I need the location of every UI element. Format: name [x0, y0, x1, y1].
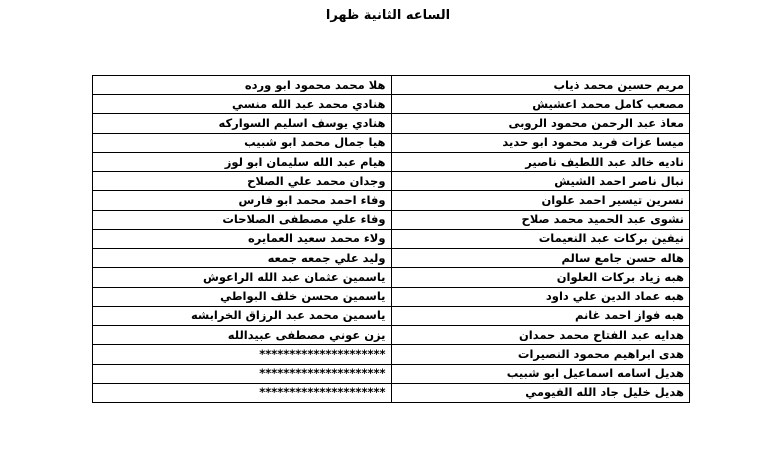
name-cell: ناديه خالد عبد اللطيف ناصير [391, 152, 690, 171]
table-row: مريم حسين محمد ذيابهلا محمد محمود ابو ور… [93, 76, 690, 95]
name-cell: هنادي محمد عبد الله منسي [93, 95, 392, 114]
name-cell: وليد علي جمعه جمعه [93, 249, 392, 268]
name-cell: ياسمين محسن خلف البواطي [93, 287, 392, 306]
name-cell: هاله حسن جامع سالم [391, 249, 690, 268]
name-cell: نشوى عبد الحميد محمد صلاح [391, 210, 690, 229]
table-row: هاله حسن جامع سالموليد علي جمعه جمعه [93, 249, 690, 268]
name-cell: وفاء علي مصطفى الصلاحات [93, 210, 392, 229]
names-table-body: مريم حسين محمد ذيابهلا محمد محمود ابو ور… [93, 76, 690, 403]
name-cell: هدى ابراهيم محمود النصيرات [391, 345, 690, 364]
name-cell: هلا محمد محمود ابو ورده [93, 76, 392, 95]
name-cell: ياسمين محمد عبد الرزاق الخرابشه [93, 306, 392, 325]
table-row: هدايه عبد الفتاح محمد حمدانيزن عوني مصطف… [93, 326, 690, 345]
table-row: نيفين بركات عبد النعيماتولاء محمد سعيد ا… [93, 229, 690, 248]
name-cell: هديل خليل جاد الله الفيومي [391, 383, 690, 402]
table-row: هبه زياد بركات العلوانياسمين عثمان عبد ا… [93, 268, 690, 287]
table-row: ناديه خالد عبد اللطيف ناصيرهيام عبد الله… [93, 152, 690, 171]
table-row: ميسا عزات فريد محمود ابو حديدهيا جمال مح… [93, 133, 690, 152]
name-cell: هيا جمال محمد ابو شبيب [93, 133, 392, 152]
names-table: مريم حسين محمد ذيابهلا محمد محمود ابو ور… [92, 75, 690, 403]
name-cell: ميسا عزات فريد محمود ابو حديد [391, 133, 690, 152]
table-row: معاذ عبد الرحمن محمود الروبىهنادي يوسف ا… [93, 114, 690, 133]
name-cell: وفاء احمد محمد ابو فارس [93, 191, 392, 210]
table-row: هبه عماد الدين علي داودياسمين محسن خلف ا… [93, 287, 690, 306]
table-row: هبه فواز احمد غانمياسمين محمد عبد الرزاق… [93, 306, 690, 325]
name-cell: هبه زياد بركات العلوان [391, 268, 690, 287]
name-cell: هديل اسامه اسماعيل ابو شبيب [391, 364, 690, 383]
table-row: مصعب كامل محمد اعشيشهنادي محمد عبد الله … [93, 95, 690, 114]
name-cell: معاذ عبد الرحمن محمود الروبى [391, 114, 690, 133]
name-cell: هنادي يوسف اسليم السواركه [93, 114, 392, 133]
name-cell: نسرين تيسير احمد علوان [391, 191, 690, 210]
name-cell: مصعب كامل محمد اعشيش [391, 95, 690, 114]
name-cell: مريم حسين محمد ذياب [391, 76, 690, 95]
table-row: هديل خليل جاد الله الفيومي**************… [93, 383, 690, 402]
name-cell: نبال ناصر احمد الشيش [391, 172, 690, 191]
document-page: الساعه الثانية ظهرا مريم حسين محمد ذيابه… [0, 0, 776, 465]
table-row: نشوى عبد الحميد محمد صلاحوفاء علي مصطفى … [93, 210, 690, 229]
name-cell: هدايه عبد الفتاح محمد حمدان [391, 326, 690, 345]
name-cell: هبه فواز احمد غانم [391, 306, 690, 325]
name-cell: ********************* [93, 383, 392, 402]
name-cell: ********************* [93, 364, 392, 383]
table-row: هديل اسامه اسماعيل ابو شبيب*************… [93, 364, 690, 383]
name-cell: نيفين بركات عبد النعيمات [391, 229, 690, 248]
table-row: نسرين تيسير احمد علوانوفاء احمد محمد ابو… [93, 191, 690, 210]
name-cell: ولاء محمد سعيد العمايره [93, 229, 392, 248]
name-cell: هبه عماد الدين علي داود [391, 287, 690, 306]
table-row: هدى ابراهيم محمود النصيرات**************… [93, 345, 690, 364]
table-row: نبال ناصر احمد الشيشوجدان محمد علي الصلا… [93, 172, 690, 191]
name-cell: هيام عبد الله سليمان ابو لوز [93, 152, 392, 171]
name-cell: يزن عوني مصطفى عبيدالله [93, 326, 392, 345]
name-cell: ياسمين عثمان عبد الله الراعوش [93, 268, 392, 287]
name-cell: ********************* [93, 345, 392, 364]
name-cell: وجدان محمد علي الصلاح [93, 172, 392, 191]
page-title: الساعه الثانية ظهرا [0, 8, 776, 23]
